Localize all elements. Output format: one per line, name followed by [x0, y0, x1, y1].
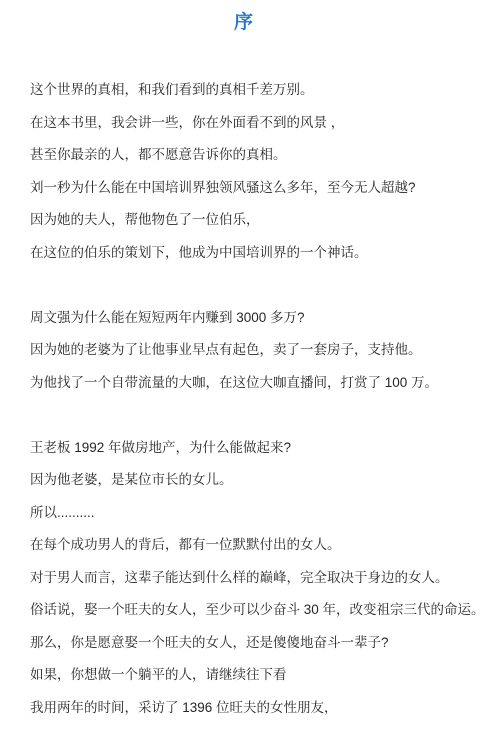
paragraph-line: 为他找了一个自带流量的大咖，在这位大咖直播间，打赏了 100 万。 — [30, 367, 458, 400]
paragraph-line: 在每个成功男人的背后，都有一位默默付出的女人。 — [30, 529, 458, 562]
page-title: 序 — [30, 6, 458, 39]
paragraph-line: 那么，你是愿意娶一个旺夫的女人，还是傻傻地奋斗一辈子? — [30, 627, 458, 660]
paragraph-line: 如果，你想做一个躺平的人，请继续往下看 — [30, 659, 458, 692]
document-page: 序 这个世界的真相，和我们看到的真相千差万别。 在这本书里，我会讲一些，你在外面… — [0, 6, 486, 744]
blank-line — [30, 269, 458, 302]
paragraph-line: 因为他老婆，是某位市长的女儿。 — [30, 464, 458, 497]
paragraph-line: 俗话说，娶一个旺夫的女人，至少可以少奋斗 30 年，改变祖宗三代的命运。 — [30, 594, 458, 627]
paragraph-line: 因为她的老婆为了让他事业早点有起色，卖了一套房子，支持他。 — [30, 334, 458, 367]
paragraph-line: 我用两年的时间，采访了 1396 位旺夫的女性朋友， — [30, 692, 458, 725]
paragraph-line: 刘一秒为什么能在中国培训界独领风骚这么多年，至今无人超越? — [30, 172, 458, 205]
paragraph-line: 对于男人而言，这辈子能达到什么样的巅峰，完全取决于身边的女人。 — [30, 562, 458, 595]
paragraph-line: 王老板 1992 年做房地产，为什么能做起来? — [30, 432, 458, 465]
paragraph-line: 甚至你最亲的人，都不愿意告诉你的真相。 — [30, 139, 458, 172]
paragraph-line: 在这本书里，我会讲一些，你在外面看不到的风景 ， — [30, 107, 458, 140]
blank-line — [30, 399, 458, 432]
paragraph-line: 周文强为什么能在短短两年内赚到 3000 多万? — [30, 302, 458, 335]
paragraph-line: 因为她的夫人，帮他物色了一位伯乐， — [30, 204, 458, 237]
paragraph-line: 在这位的伯乐的策划下，他成为中国培训界的一个神话。 — [30, 237, 458, 270]
paragraph-line: 这个世界的真相，和我们看到的真相千差万别。 — [30, 74, 458, 107]
paragraph-line: 所以.......... — [30, 497, 458, 530]
document-body: 这个世界的真相，和我们看到的真相千差万别。 在这本书里，我会讲一些，你在外面看不… — [30, 74, 458, 724]
